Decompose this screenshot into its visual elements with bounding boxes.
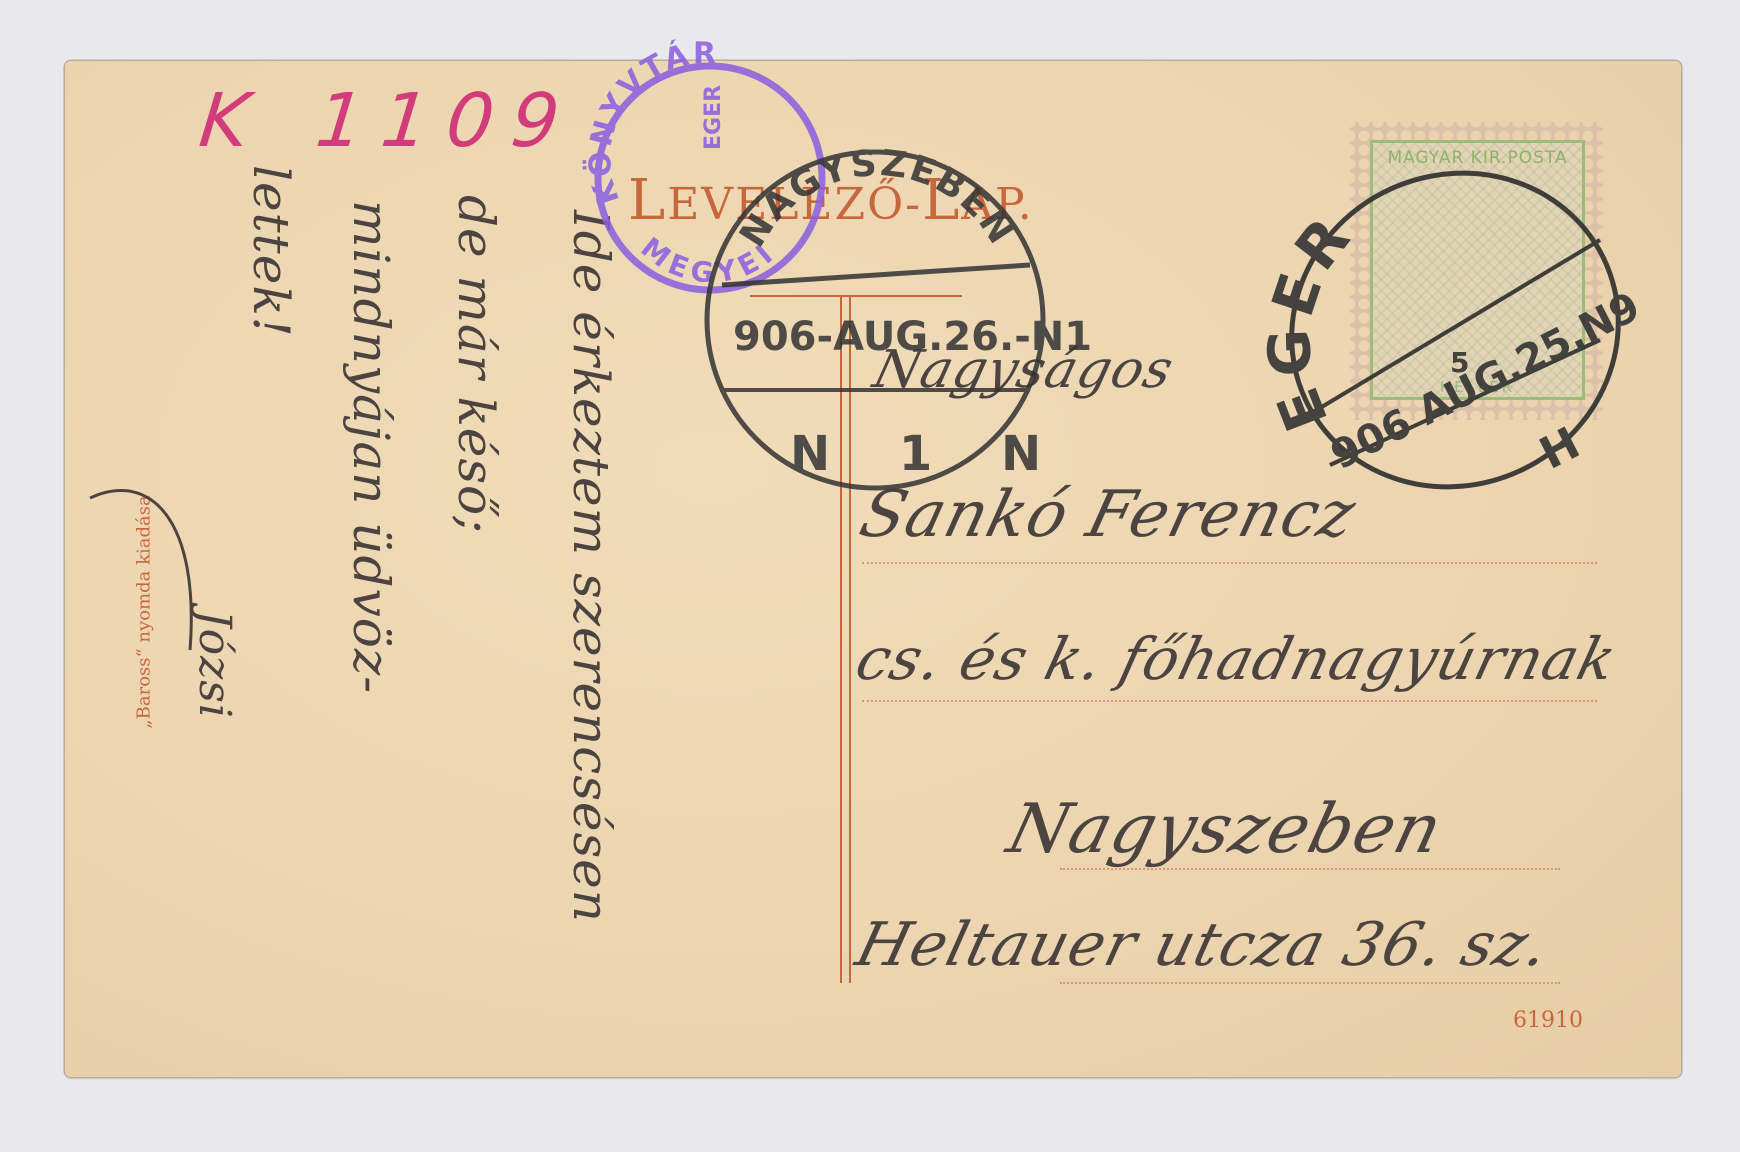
postmark-eger-date: 906 AUG.25.N9: [1324, 284, 1648, 479]
cancellations: KÖNYVTÁR MEGYEI EGER NAGYSZEBEN 906-AUG.…: [0, 0, 1740, 1152]
svg-text:NAGYSZEBEN: NAGYSZEBEN: [732, 143, 1022, 255]
library-stamp-text: KÖNYVTÁR: [581, 36, 719, 209]
postmark-nagyszeben-date: 906-AUG.26.-N1: [733, 314, 1092, 360]
pen-stroke: [90, 490, 191, 650]
svg-text:EGER: EGER: [1255, 199, 1368, 440]
postmark-nagyszeben: NAGYSZEBEN 906-AUG.26.-N1 N 1 N: [707, 143, 1092, 488]
library-stamp-center: EGER: [701, 85, 726, 150]
library-stamp: KÖNYVTÁR MEGYEI EGER: [581, 36, 822, 290]
postmark-eger: EGER 906 AUG.25.N9 H: [1240, 120, 1670, 540]
postmark-nagyszeben-bottom: N 1 N: [790, 426, 1067, 482]
